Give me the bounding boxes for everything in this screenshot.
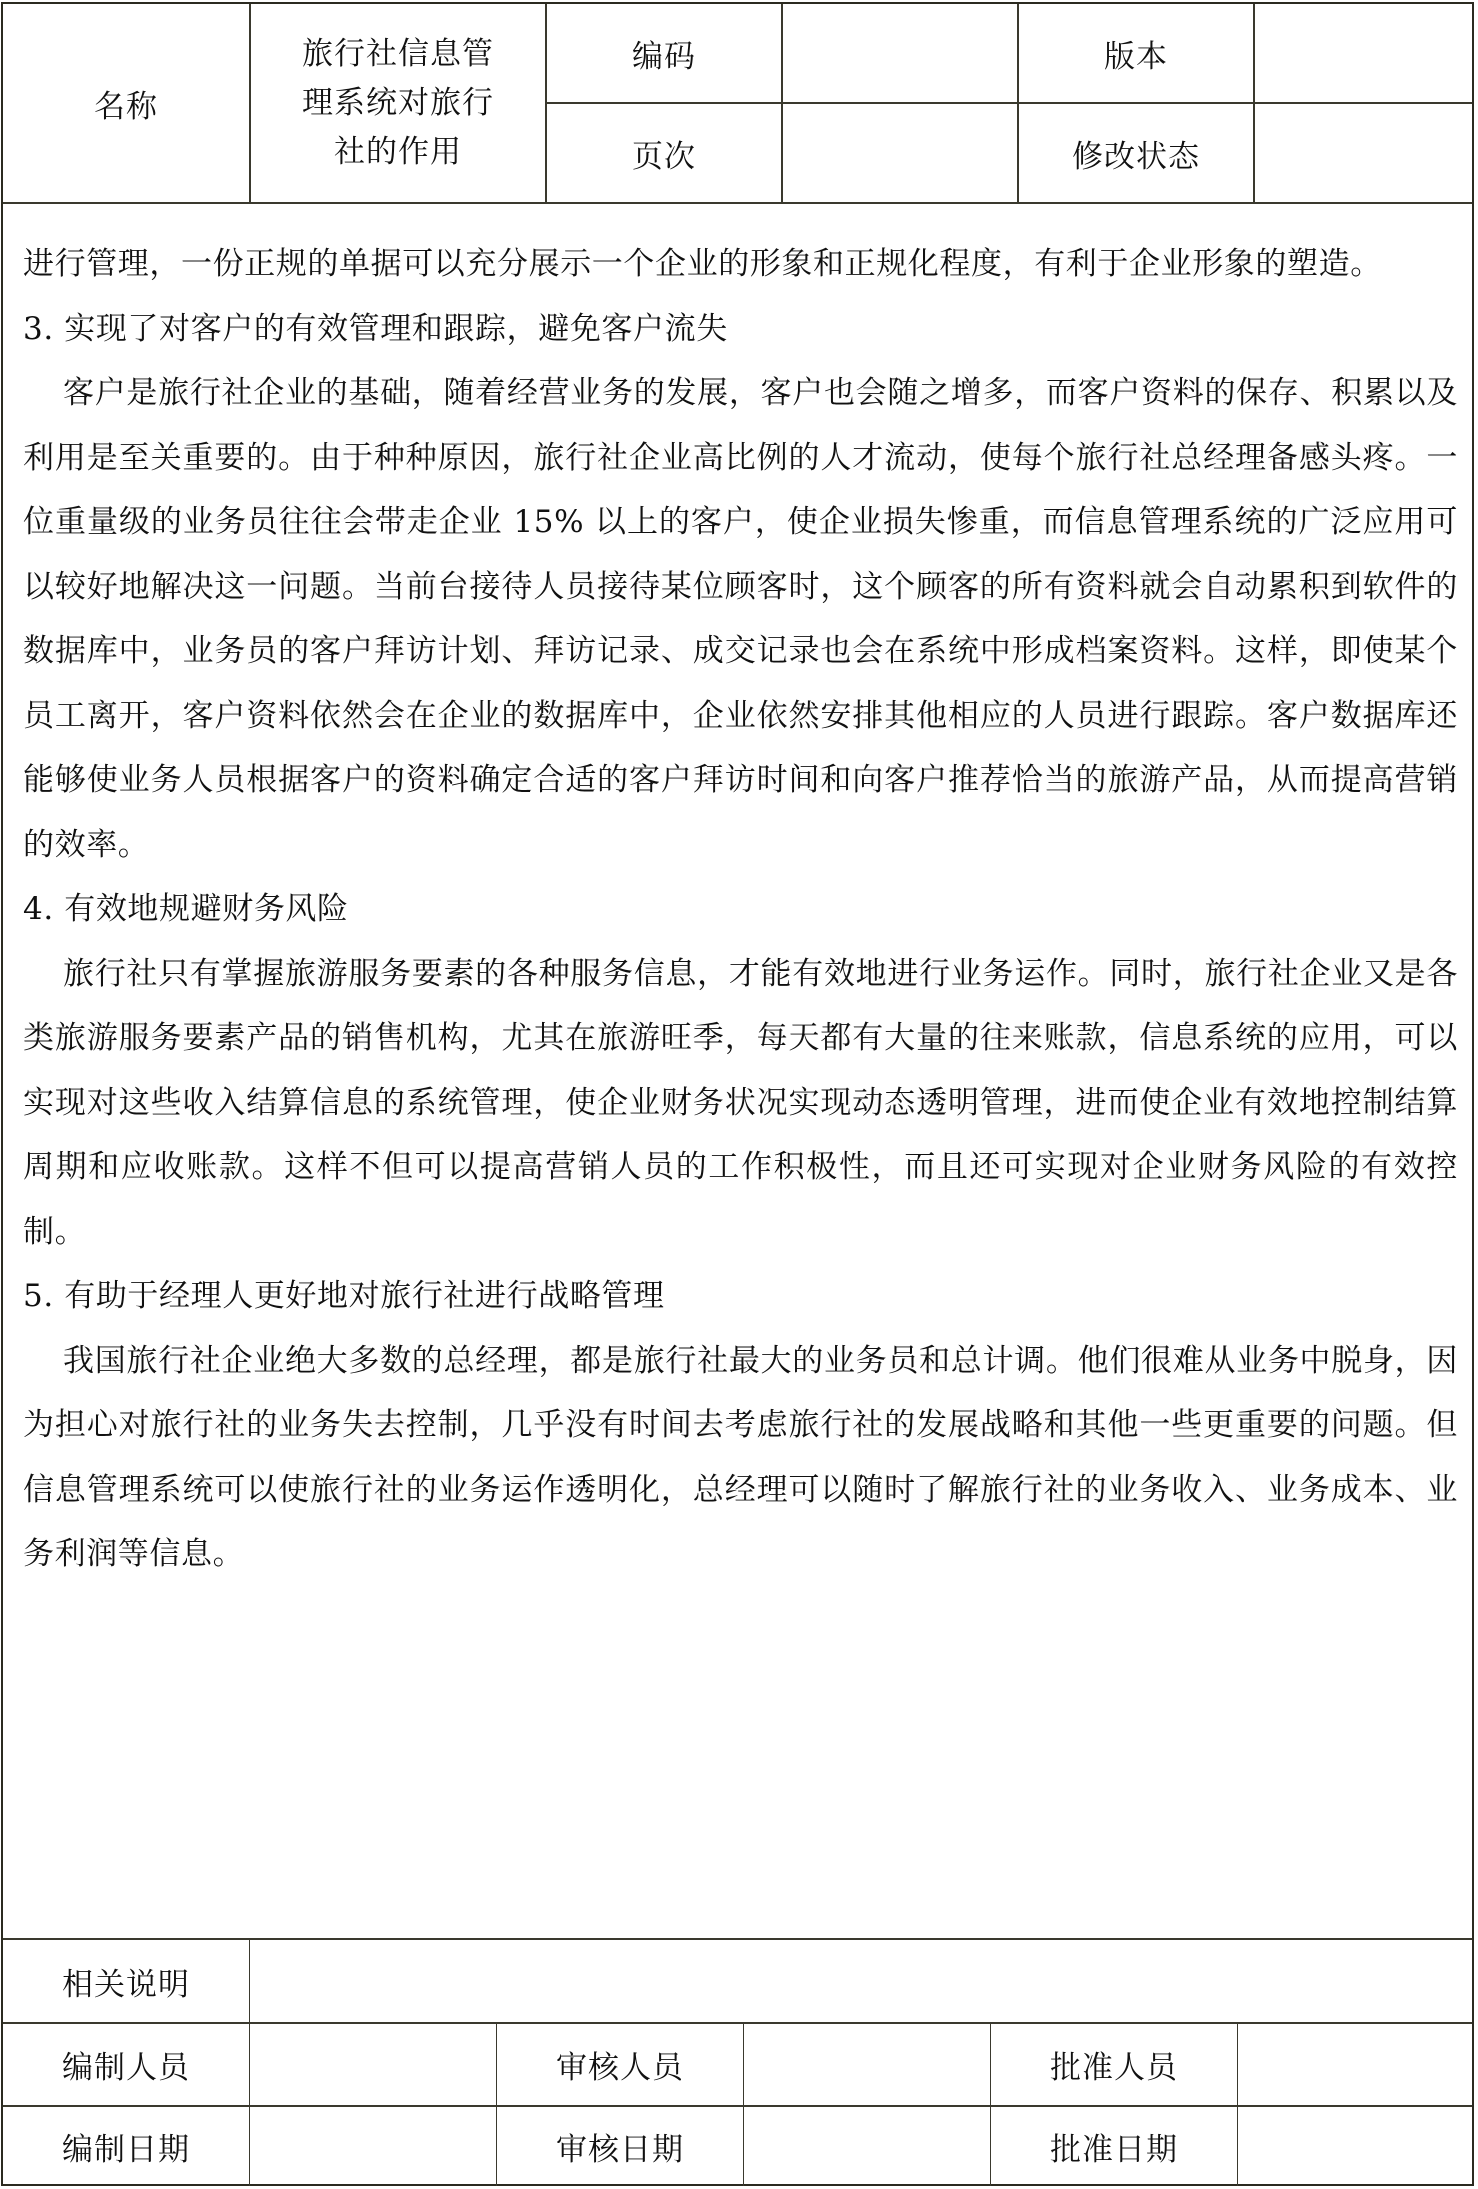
document-body: 进行管理，一份正规的单据可以充分展示一个企业的形象和正规化程度，有利于企业形象的… <box>23 232 1458 1587</box>
section-heading-5: 5. 有助于经理人更好地对旅行社进行战略管理 <box>23 1264 1458 1329</box>
notes-row: 相关说明 <box>3 1940 1472 2024</box>
personnel-row: 编制人员 审核人员 批准人员 <box>3 2024 1472 2107</box>
header-table: 名称 旅行社信息管 理系统对旅行 社的作用 编码 版本 页次 修改状态 <box>3 4 1472 204</box>
approver-value <box>1238 2024 1472 2105</box>
footer-table: 相关说明 编制人员 审核人员 批准人员 编制日期 审核日期 批准日期 <box>3 1938 1472 2186</box>
compiler-label: 编制人员 <box>3 2024 250 2105</box>
paragraph-continuation: 进行管理，一份正规的单据可以充分展示一个企业的形象和正规化程度，有利于企业形象的… <box>23 232 1458 297</box>
document-form: 名称 旅行社信息管 理系统对旅行 社的作用 编码 版本 页次 修改状态 进行管理… <box>1 2 1474 2186</box>
approver-label: 批准人员 <box>991 2024 1238 2105</box>
page-label: 页次 <box>547 104 781 202</box>
paragraph-body: 客户是旅行社企业的基础，随着经营业务的发展，客户也会随之增多，而客户资料的保存、… <box>23 361 1458 877</box>
dates-row: 编制日期 审核日期 批准日期 <box>3 2107 1472 2186</box>
compile-date-label: 编制日期 <box>3 2107 250 2186</box>
revision-value <box>1255 104 1472 202</box>
compile-date-value <box>250 2107 497 2186</box>
code-value <box>783 4 1017 102</box>
review-date-value <box>744 2107 991 2186</box>
paragraph-body: 我国旅行社企业绝大多数的总经理，都是旅行社最大的业务员和总计调。他们很难从业务中… <box>23 1329 1458 1587</box>
notes-label: 相关说明 <box>3 1940 250 2022</box>
notes-value <box>250 1940 1472 2022</box>
section-heading-3: 3. 实现了对客户的有效管理和跟踪，避免客户流失 <box>23 297 1458 362</box>
version-value <box>1255 4 1472 102</box>
approve-date-label: 批准日期 <box>991 2107 1238 2186</box>
name-value-line: 旅行社信息管 <box>302 30 494 79</box>
reviewer-value <box>744 2024 991 2105</box>
page-value <box>783 104 1017 202</box>
version-label: 版本 <box>1019 4 1253 102</box>
name-value-line: 社的作用 <box>334 128 462 177</box>
revision-label: 修改状态 <box>1019 104 1253 202</box>
code-label: 编码 <box>547 4 781 102</box>
name-value-line: 理系统对旅行 <box>302 79 494 128</box>
paragraph-body: 旅行社只有掌握旅游服务要素的各种服务信息，才能有效地进行业务运作。同时，旅行社企… <box>23 942 1458 1265</box>
compiler-value <box>250 2024 497 2105</box>
name-label: 名称 <box>3 4 249 202</box>
name-value: 旅行社信息管 理系统对旅行 社的作用 <box>251 4 545 202</box>
review-date-label: 审核日期 <box>497 2107 744 2186</box>
section-heading-4: 4. 有效地规避财务风险 <box>23 877 1458 942</box>
approve-date-value <box>1238 2107 1472 2186</box>
reviewer-label: 审核人员 <box>497 2024 744 2105</box>
